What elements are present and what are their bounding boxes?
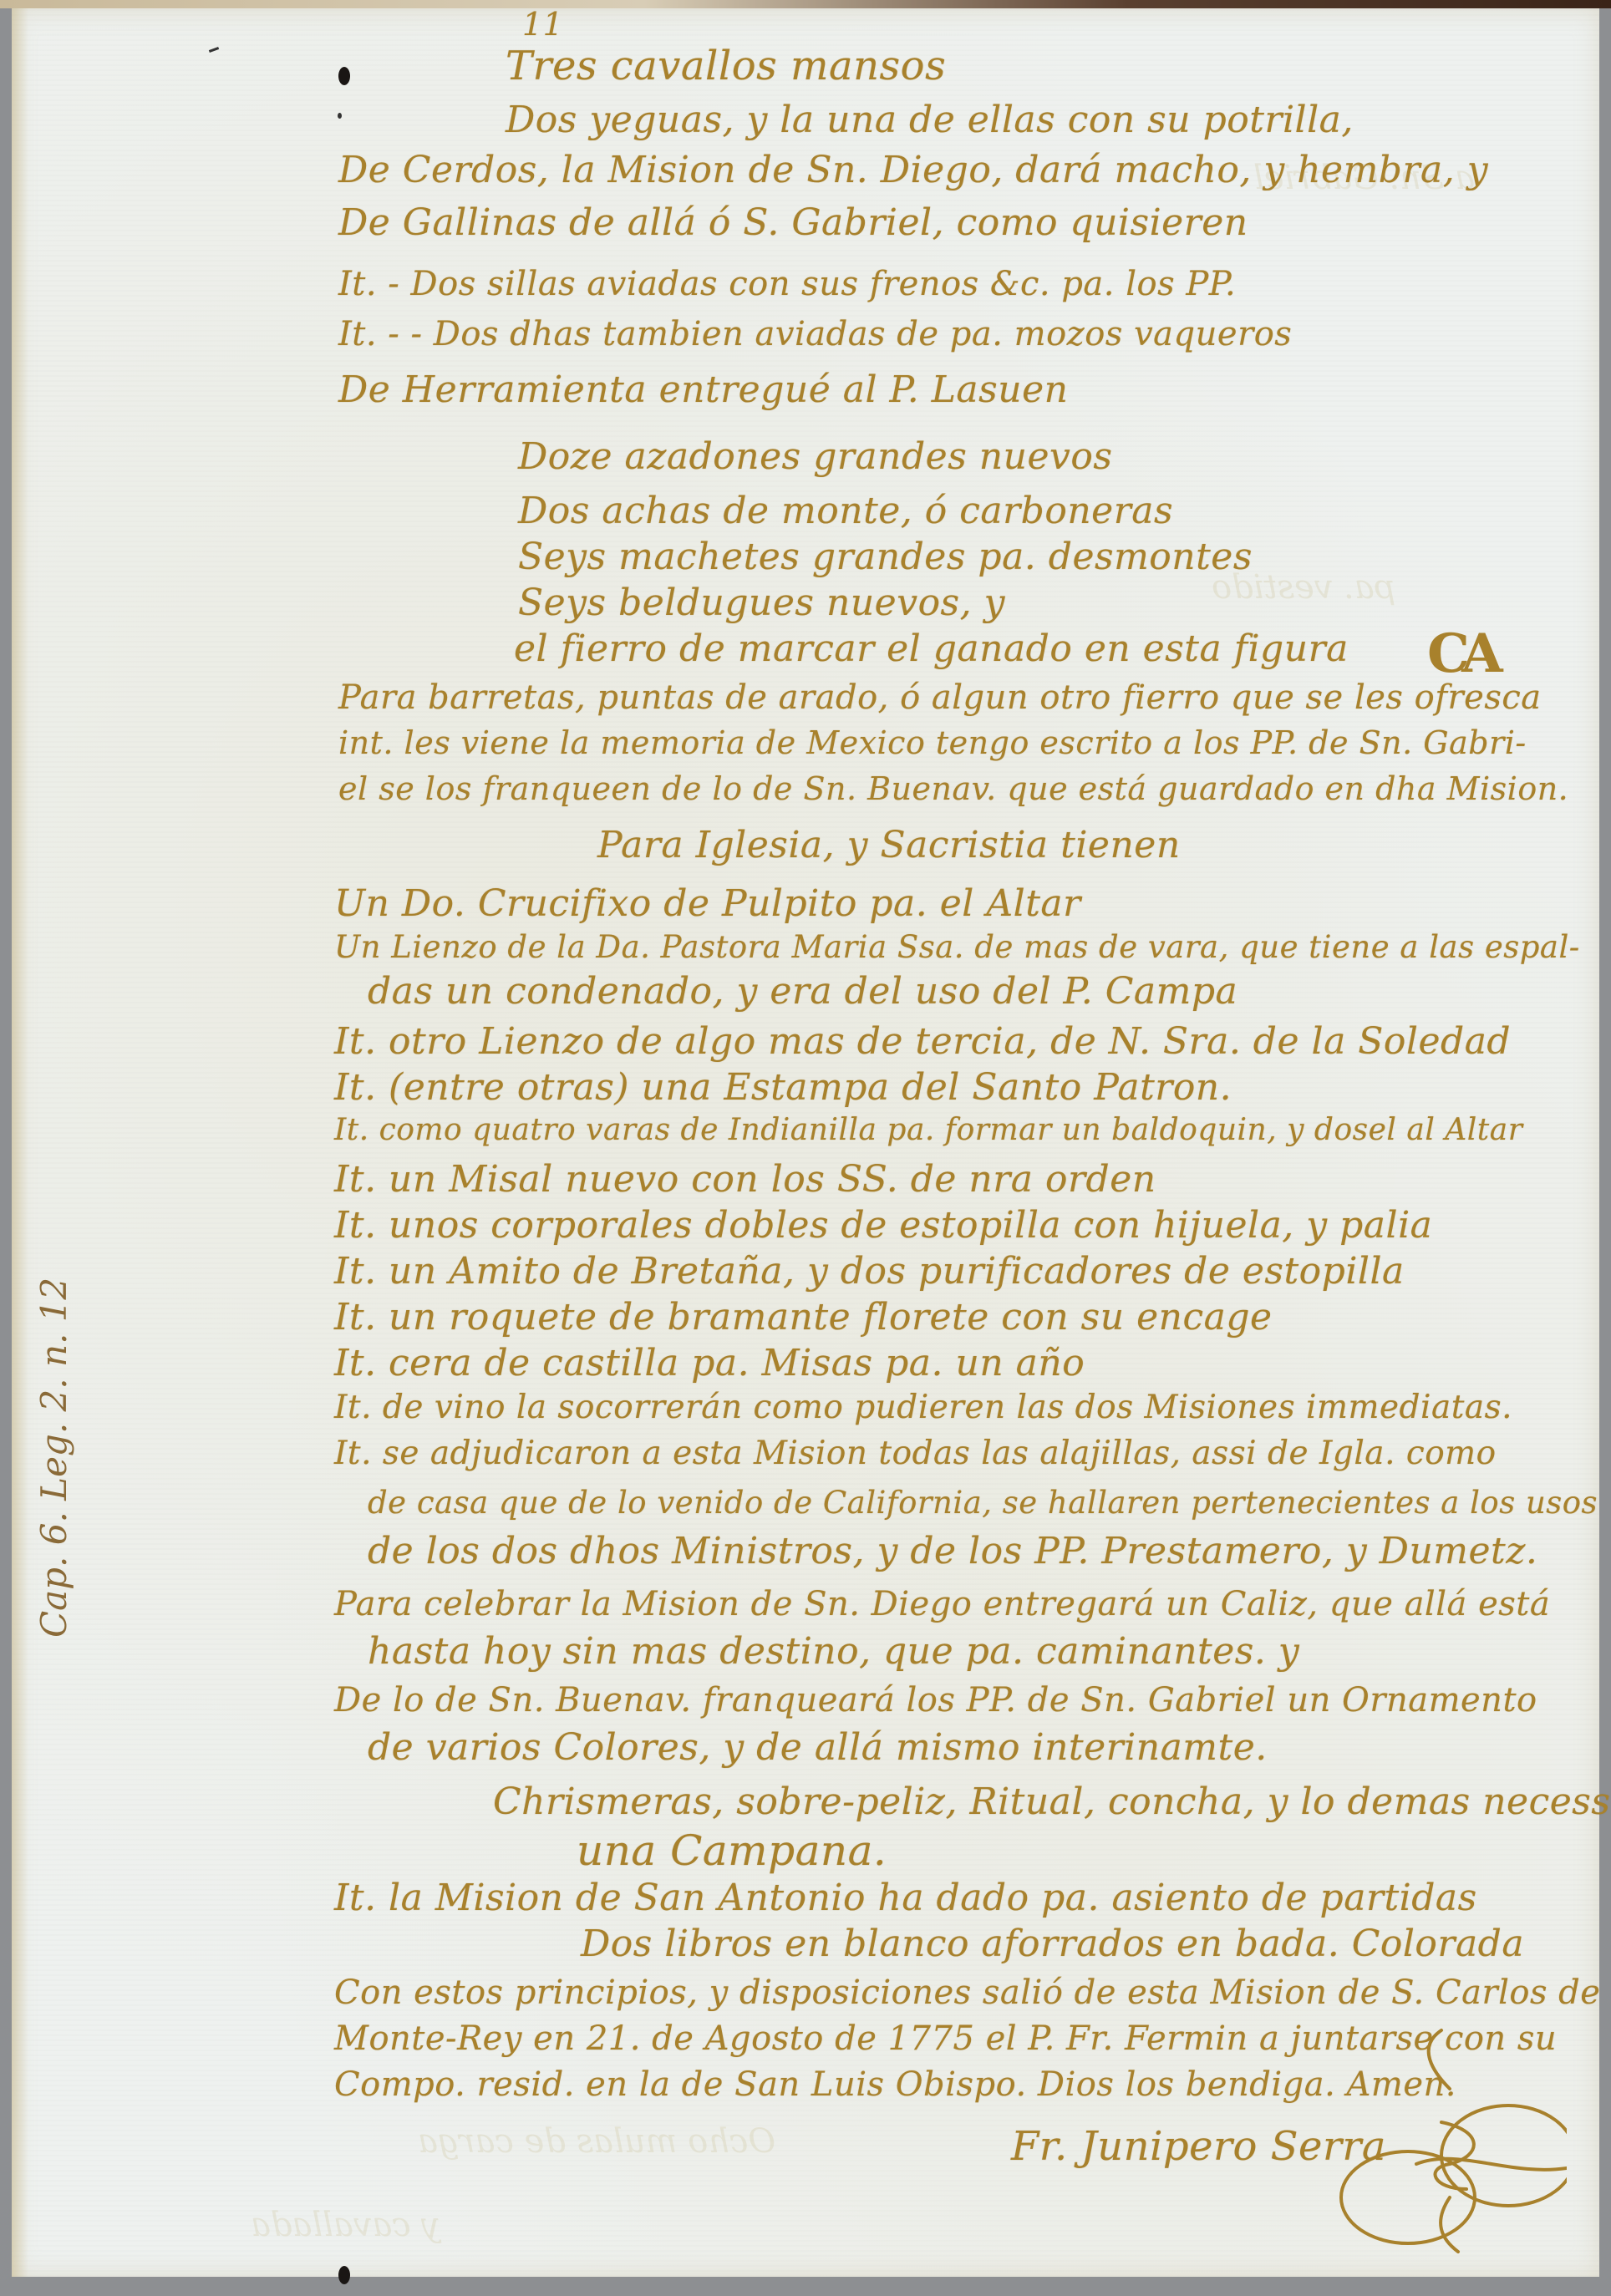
manuscript-line: Chrismeras, sobre-peliz, Ritual, concha,… <box>493 1784 1611 1821</box>
manuscript-line: It. de vino la socorrerán como pudieren … <box>334 1391 1512 1424</box>
binding-hole-bottom <box>338 2266 350 2284</box>
manuscript-line: It. - - Dos dhas tambien aviadas de pa. … <box>338 317 1292 351</box>
top-edge-strip <box>0 0 1611 8</box>
manuscript-line: de los dos dhos Ministros, y de los PP. … <box>368 1533 1537 1570</box>
manuscript-line: int. les viene la memoria de Mexico teng… <box>338 727 1527 759</box>
manuscript-line: It. unos corporales dobles de estopilla … <box>334 1207 1432 1244</box>
cattle-brand-figure: CA <box>1427 622 1495 685</box>
manuscript-line: It. - Dos sillas aviadas con sus frenos … <box>338 267 1236 301</box>
manuscript-line: de casa que de lo venido de California, … <box>368 1487 1598 1518</box>
ink-speck <box>338 113 342 119</box>
manuscript-line: It. la Mision de San Antonio ha dado pa.… <box>334 1880 1477 1917</box>
manuscript-line: Para celebrar la Mision de Sn. Diego ent… <box>334 1587 1550 1621</box>
manuscript-line: It. como quatro varas de Indianilla pa. … <box>334 1115 1522 1145</box>
manuscript-line: Un Do. Crucifixo de Pulpito pa. el Altar <box>334 886 1081 922</box>
manuscript-line: De Gallinas de allá ó S. Gabriel, como q… <box>338 205 1248 241</box>
manuscript-line: Compo. resid. en la de San Luis Obispo. … <box>334 2068 1456 2101</box>
manuscript-line: De Cerdos, la Mision de Sn. Diego, dará … <box>338 152 1488 189</box>
manuscript-line: It. se adjudicaron a esta Mision todas l… <box>334 1437 1497 1470</box>
top-mark: 11 <box>522 8 563 40</box>
manuscript-line: De Herramienta entregué al P. Lasuen <box>338 372 1068 409</box>
manuscript-line: das un condenado, y era del uso del P. C… <box>368 973 1237 1010</box>
archive-margin-reference: Cap. 6. Leg. 2. n. 12 <box>33 1278 74 1638</box>
manuscript-line: It. un roquete de bramante florete con s… <box>334 1299 1273 1336</box>
manuscript-line: hasta hoy sin mas destino, que pa. camin… <box>368 1633 1299 1670</box>
manuscript-line: el fierro de marcar el ganado en esta fi… <box>514 631 1349 668</box>
manuscript-line: Un Lienzo de la Da. Pastora Maria Ssa. d… <box>334 932 1580 963</box>
manuscript-line: It. cera de castilla pa. Misas pa. un añ… <box>334 1345 1085 1382</box>
manuscript-line: It. (entre otras) una Estampa del Santo … <box>334 1069 1232 1106</box>
manuscript-line: Dos achas de monte, ó carboneras <box>518 493 1173 530</box>
manuscript-line: It. un Amito de Bretaña, y dos purificad… <box>334 1253 1405 1290</box>
manuscript-line: Tres cavallos mansos <box>506 46 946 86</box>
manuscript-line: Para barretas, puntas de arado, ó algun … <box>338 681 1542 714</box>
manuscript-line: De lo de Sn. Buenav. franqueará los PP. … <box>334 1684 1537 1717</box>
signature-rubric-flourish <box>1316 2022 1567 2256</box>
bleed-through-text: y cavallada <box>251 2206 440 2244</box>
manuscript-line: It. otro Lienzo de algo mas de tercia, d… <box>334 1024 1511 1060</box>
manuscript-line: Doze azadones grandes nuevos <box>518 439 1112 475</box>
manuscript-heading: Para Iglesia, y Sacristia tienen <box>597 827 1181 864</box>
manuscript-line: Seys machetes grandes pa. desmontes <box>518 539 1253 576</box>
manuscript-line: Dos libros en blanco aforrados en bada. … <box>581 1926 1524 1963</box>
manuscript-line: el se los franqueen de lo de Sn. Buenav.… <box>338 773 1568 805</box>
manuscript-line: una Campana. <box>577 1830 887 1872</box>
manuscript-line: It. un Misal nuevo con los SS. de nra or… <box>334 1161 1156 1198</box>
manuscript-line: Dos yeguas, y la una de ellas con su pot… <box>506 102 1354 139</box>
paper-edge <box>12 8 28 2277</box>
manuscript-line: Seys beldugues nuevos, y <box>518 585 1005 622</box>
bleed-through-text: Ocho mulas de carga <box>418 2122 775 2161</box>
binding-hole-top <box>338 67 350 85</box>
manuscript-line: Con estos principios, y disposiciones sa… <box>334 1976 1600 2009</box>
manuscript-line: de varios Colores, y de allá mismo inter… <box>368 1730 1268 1766</box>
